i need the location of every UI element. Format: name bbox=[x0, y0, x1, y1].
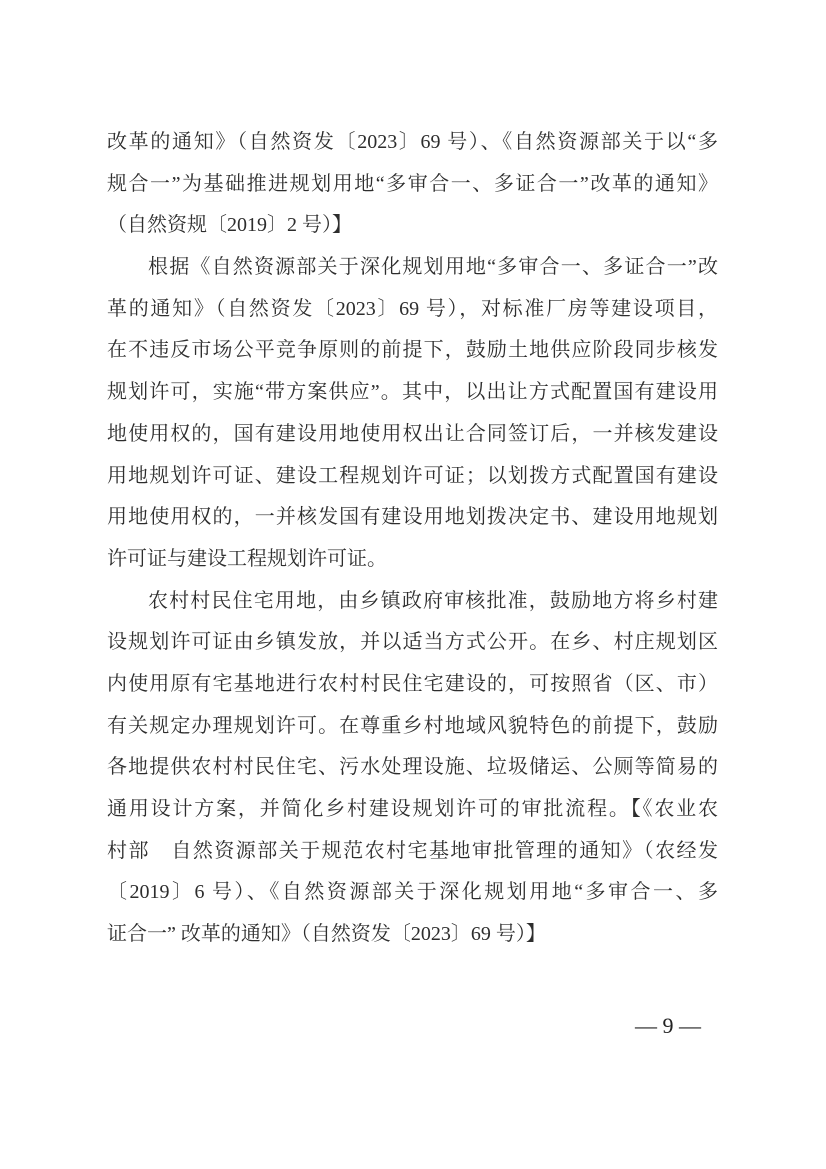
citation-text: 【《农业农 bbox=[631, 798, 718, 820]
text-line: 地使用权的，国有建设用地使用权出让合同签订后，一并核发建设 bbox=[107, 414, 718, 456]
text-line: 改革的通知》（自然资发〔2023〕69 号）、《自然资源部关于以“多 bbox=[107, 122, 718, 164]
citation-text: 证合一” 改革的通知》（自然资发〔2023〕69 号）】 bbox=[107, 923, 546, 945]
body-text: 地使用权的，国有建设用地使用权出让合同签订后，一并核发建设 bbox=[107, 423, 718, 445]
text-line: 村部 自然资源部关于规范农村宅基地审批管理的通知》（农经发 bbox=[107, 831, 718, 873]
document-page: 改革的通知》（自然资发〔2023〕69 号）、《自然资源部关于以“多规合一”为基… bbox=[0, 0, 826, 1169]
body-text: 各地提供农村村民住宅、污水处理设施、垃圾储运、公厕等简易的 bbox=[107, 756, 718, 778]
text-line: 在不违反市场公平竞争原则的前提下，鼓励土地供应阶段同步核发 bbox=[107, 330, 718, 372]
text-line: 有关规定办理规划许可。在尊重乡村地域风貌特色的前提下，鼓励 bbox=[107, 706, 718, 748]
body-text: 用地使用权的，一并核发国有建设用地划拨决定书、建设用地规划 bbox=[107, 506, 718, 528]
citation-text: 改革的通知》（自然资发〔2023〕69 号）、《自然资源部关于以“多 bbox=[107, 131, 718, 153]
text-line: 各地提供农村村民住宅、污水处理设施、垃圾储运、公厕等简易的 bbox=[107, 747, 718, 789]
text-line: 规合一”为基础推进规划用地“多审合一、多证合一”改革的通知》 bbox=[107, 164, 718, 206]
body-text: 通用设计方案，并简化乡村建设规划许可的审批流程。 bbox=[107, 798, 631, 820]
body-text: 农村村民住宅用地，由乡镇政府审核批准，鼓励地方将乡村建 bbox=[148, 590, 718, 612]
citation-text: （自然资规〔2019〕2 号）】 bbox=[107, 214, 352, 236]
text-line: 革的通知》（自然资发〔2023〕69 号），对标准厂房等建设项目， bbox=[107, 289, 718, 331]
text-line: 通用设计方案，并简化乡村建设规划许可的审批流程。【《农业农 bbox=[107, 789, 718, 831]
text-line: 用地使用权的，一并核发国有建设用地划拨决定书、建设用地规划 bbox=[107, 497, 718, 539]
body-text: 设规划许可证由乡镇发放，并以适当方式公开。在乡、村庄规划区 bbox=[107, 631, 718, 653]
text-line: 内使用原有宅基地进行农村村民住宅建设的，可按照省（区、市） bbox=[107, 664, 718, 706]
text-line: 用地规划许可证、建设工程规划许可证；以划拨方式配置国有建设 bbox=[107, 456, 718, 498]
text-line: 规划许可，实施“带方案供应”。其中，以出让方式配置国有建设用 bbox=[107, 372, 718, 414]
body-text: 内使用原有宅基地进行农村村民住宅建设的，可按照省（区、市） bbox=[107, 673, 718, 695]
body-text: 许可证与建设工程规划许可证。 bbox=[107, 548, 387, 570]
body-text: 在不违反市场公平竞争原则的前提下，鼓励土地供应阶段同步核发 bbox=[107, 339, 718, 361]
body-text: 根据《自然资源部关于深化规划用地“多审合一、多证合一”改 bbox=[148, 256, 718, 278]
text-line: 根据《自然资源部关于深化规划用地“多审合一、多证合一”改 bbox=[107, 247, 718, 289]
citation-text: 规合一”为基础推进规划用地“多审合一、多证合一”改革的通知》 bbox=[107, 173, 718, 195]
text-line: （自然资规〔2019〕2 号）】 bbox=[107, 205, 718, 247]
text-line: 证合一” 改革的通知》（自然资发〔2023〕69 号）】 bbox=[107, 914, 718, 956]
citation-text: 〔2019〕6 号）、《自然资源部关于深化规划用地“多审合一、多 bbox=[107, 881, 718, 903]
body-text: 革的通知》（自然资发〔2023〕69 号），对标准厂房等建设项目， bbox=[107, 298, 718, 320]
page-number: — 9 — bbox=[0, 1012, 701, 1040]
text-line: 农村村民住宅用地，由乡镇政府审核批准，鼓励地方将乡村建 bbox=[107, 581, 718, 623]
text-line: 〔2019〕6 号）、《自然资源部关于深化规划用地“多审合一、多 bbox=[107, 872, 718, 914]
citation-text: 村部 自然资源部关于规范农村宅基地审批管理的通知》（农经发 bbox=[107, 840, 718, 862]
body-text: 用地规划许可证、建设工程规划许可证；以划拨方式配置国有建设 bbox=[107, 465, 718, 487]
text-line: 设规划许可证由乡镇发放，并以适当方式公开。在乡、村庄规划区 bbox=[107, 622, 718, 664]
document-body: 改革的通知》（自然资发〔2023〕69 号）、《自然资源部关于以“多规合一”为基… bbox=[107, 122, 718, 956]
text-line: 许可证与建设工程规划许可证。 bbox=[107, 539, 718, 581]
body-text: 有关规定办理规划许可。在尊重乡村地域风貌特色的前提下，鼓励 bbox=[107, 715, 718, 737]
body-text: 规划许可，实施“带方案供应”。其中，以出让方式配置国有建设用 bbox=[107, 381, 718, 403]
